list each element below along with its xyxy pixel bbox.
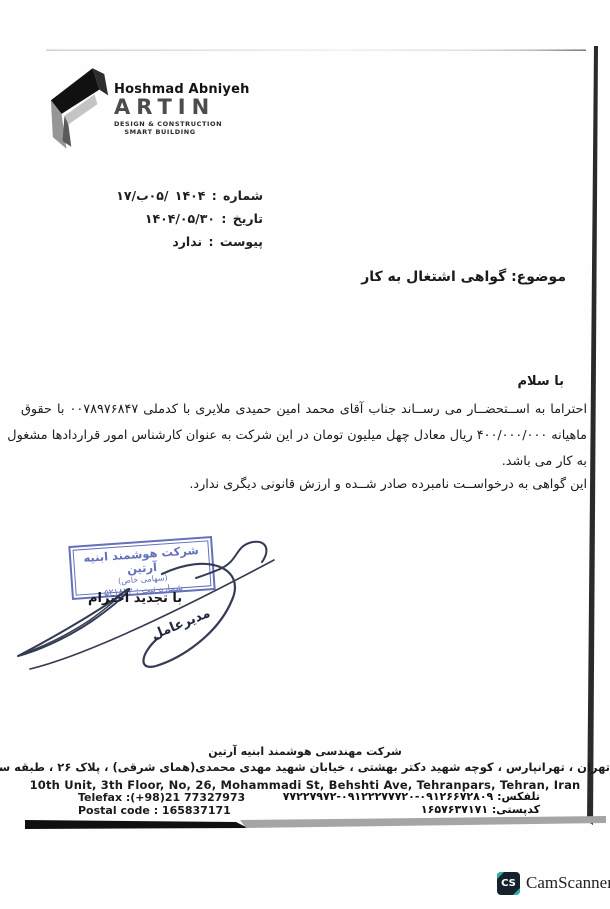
company-logo: Hoshmad Abniyeh ARTIN DESIGN & CONSTRUCT… xyxy=(48,62,248,164)
logo-corner-mark-icon xyxy=(48,64,112,152)
body-paragraph: احتراما به اســتحضــار می رســاند جناب آ… xyxy=(21,397,587,475)
letter-number-row: شماره : ۱۷/ب۰۵/ ۱۴۰۴ xyxy=(116,184,263,207)
letter-attachment-row: پیوست : ندارد xyxy=(116,230,263,253)
subject-line: موضوع: گواهی اشتغال به کار xyxy=(361,269,566,285)
footer-postal-label-fa: کدپستی: xyxy=(492,803,540,816)
letter-number-label: شماره : xyxy=(212,188,263,203)
letter-meta-block: شماره : ۱۷/ب۰۵/ ۱۴۰۴ تاریخ : ۱۴۰۴/۰۵/۳۰ … xyxy=(116,184,263,253)
signature-scribble xyxy=(12,536,287,676)
footer-telefax-en: Telefax :(+98)21 77327973 xyxy=(78,791,245,804)
footer-divider-gray xyxy=(240,816,606,828)
letter-date-value: ۱۴۰۴/۰۵/۳۰ xyxy=(145,211,215,226)
letter-date-label: تاریخ : xyxy=(221,211,263,226)
brand-tagline-line2: SMART BUILDING xyxy=(114,129,206,137)
scanned-letter-page: Hoshmad Abniyeh ARTIN DESIGN & CONSTRUCT… xyxy=(0,0,610,909)
closing-note: این گواهی به درخواســت نامبرده صادر شــد… xyxy=(21,477,587,492)
camscanner-label: CamScanner xyxy=(526,873,610,893)
right-scan-edge-line xyxy=(587,46,598,825)
letter-attachment-label: پیوست : xyxy=(208,234,263,249)
footer-phone-label-fa: تلفکس: xyxy=(497,790,540,803)
brand-tagline: DESIGN & CONSTRUCTION SMART BUILDING xyxy=(114,121,206,136)
brand-word: ARTIN xyxy=(114,95,215,119)
footer-company-name: شرکت مهندسی هوشمند ابنیه آرتین xyxy=(0,745,610,758)
body-line-3: به کار می باشد. xyxy=(21,449,587,475)
letter-date-row: تاریخ : ۱۴۰۴/۰۵/۳۰ xyxy=(116,207,263,230)
footer-contact-fa: تلفکس: ۷۷۲۲۷۹۷۲-۰۹۱۲۲۲۷۷۷۲۰-۰۹۱۲۶۶۷۲۸۰۹ … xyxy=(283,791,540,816)
footer-postal-en: Postal code : 165837171 xyxy=(78,804,245,817)
footer-phone-value-fa: ۷۷۲۲۷۹۷۲-۰۹۱۲۲۲۷۷۷۲۰-۰۹۱۲۶۶۷۲۸۰۹ xyxy=(283,790,494,803)
top-scan-edge-line xyxy=(46,50,586,51)
salutation: با سلام xyxy=(518,374,564,389)
footer-postal-value-fa: ۱۶۵۷۶۳۷۱۷۱ xyxy=(421,803,488,816)
footer-address-fa: تهران ، تهرانپارس ، کوچه شهید دکتر بهشتی… xyxy=(0,758,610,777)
footer-contact-en: Telefax :(+98)21 77327973 Postal code : … xyxy=(78,791,245,817)
letter-number-value: ۱۷/ب۰۵/ ۱۴۰۴ xyxy=(116,188,205,203)
letter-attachment-value: ندارد xyxy=(172,234,202,249)
body-line-2: ماهیانه ۴۰۰/۰۰۰/۰۰۰ ریال معادل چهل میلیو… xyxy=(21,423,587,449)
footer-postal-row-fa: کدپستی: ۱۶۵۷۶۳۷۱۷۱ xyxy=(283,804,540,817)
body-line-1: احتراما به اســتحضــار می رســاند جناب آ… xyxy=(21,397,587,423)
camscanner-logo-icon: CS xyxy=(497,872,520,895)
footer-divider-black xyxy=(25,820,248,829)
camscanner-cs-monogram: CS xyxy=(497,872,520,895)
